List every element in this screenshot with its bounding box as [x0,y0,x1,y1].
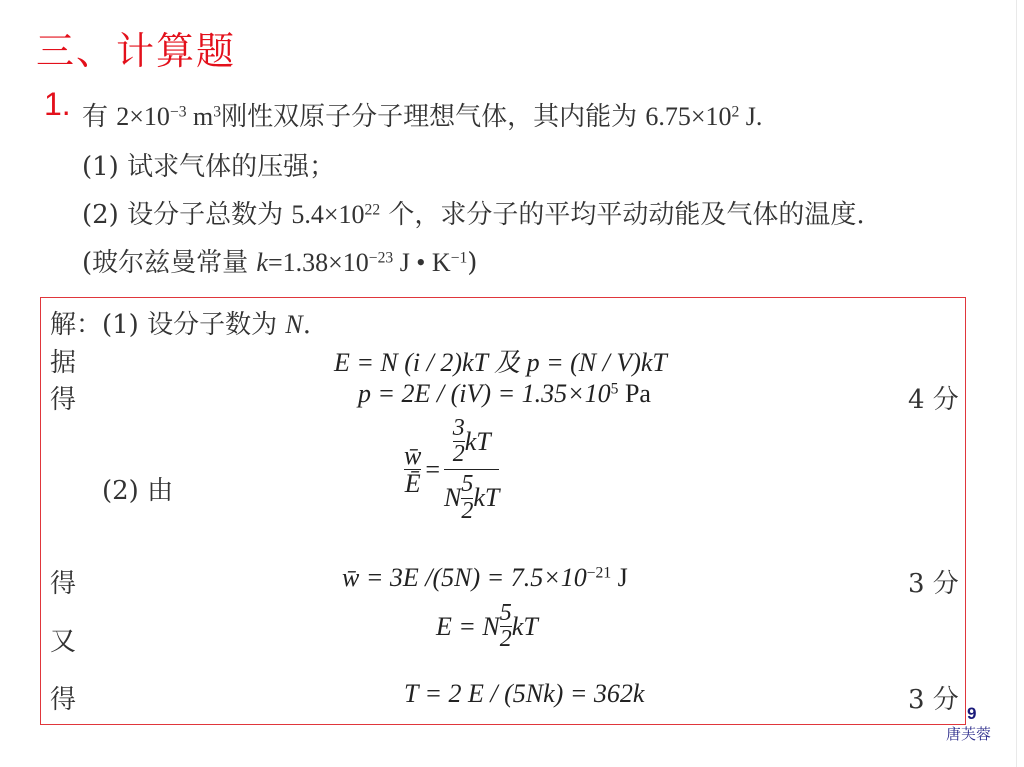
denominator: 2 [453,442,465,467]
score-label: 3 分 [908,679,959,716]
formula-energy-pressure: E = N (i / 2)kT 及 p = (N / V)kT [334,342,667,379]
slide-edge [1016,0,1017,767]
text: ) [467,248,477,278]
volume-exponent: −3 [170,103,187,120]
energy-value: 6.75×10 [645,102,731,131]
lhs-fraction: w̄ Ē [404,442,421,498]
unit-exponent: −1 [451,249,468,266]
volume-unit: m [187,102,214,131]
unit: J [611,563,628,592]
score-label: 4 分 [908,379,959,416]
variable-n: N [285,310,302,339]
denominator: 2 [500,627,512,652]
formula-text: w̄ = 3E /(5N) = 7.5×10 [342,563,587,592]
rhs-denominator: N52kT [444,472,499,523]
denominator: 2 [461,499,473,524]
term: kT [512,612,538,642]
solution-intro: 解：(1) 设分子数为 N. [50,304,311,341]
author-name: 唐芙蓉 [946,723,991,744]
exponent: −21 [587,564,611,581]
section-title: 三、计算题 [36,20,236,75]
row-label: 得 [50,679,76,716]
text: 刚性双原子分子理想气体，其内能为 [221,102,645,132]
row-label: 又 [50,621,76,658]
rhs-numerator: 32kT [453,416,491,467]
numerator: 3 [453,416,465,441]
row-label: 得 [50,379,76,416]
volume-value: 2×10 [116,102,170,131]
problem-line-2: (1) 试求气体的压强； [82,146,335,183]
numerator: w̄ [404,442,421,469]
row-label: 据 [50,342,76,379]
formula-ratio: w̄ Ē = 32kT N52kT [404,416,499,524]
denominator: Ē [405,470,421,497]
text: (2) 设分子总数为 [82,200,291,230]
row-label: (2) 由 [102,470,173,507]
formula-avg-kinetic-energy: w̄ = 3E /(5N) = 7.5×10−21 J [342,563,628,593]
text: . [303,310,311,340]
page-number: 9 [967,704,976,724]
unit: Pa [618,379,651,408]
term: N [444,484,461,511]
row-label: 得 [50,563,76,600]
volume-unit-exponent: 3 [213,103,221,120]
text: (玻尔兹曼常量 [82,248,256,278]
molecule-count-exponent: 22 [365,201,381,218]
formula-text: p = 2E / (iV) = 1.35×10 [358,379,611,408]
boltzmann-unit: J • K [393,248,451,277]
numerator: 5 [461,472,473,497]
molecule-count: 5.4×10 [291,200,364,229]
boltzmann-value: =1.38×10 [268,248,369,277]
rhs-fraction: 32kT N52kT [444,416,499,524]
formula-temperature: T = 2 E / (5Nk) = 362k [404,679,644,709]
score-label: 3 分 [908,563,959,600]
question-number: 1. [44,86,71,123]
formula-internal-energy: E = N 52 kT [436,601,538,652]
term: kT [473,484,499,511]
boltzmann-symbol: k [256,248,268,277]
numerator: 5 [500,601,512,626]
text: 个，求分子的平均平动动能及气体的温度. [380,200,865,230]
boltzmann-exponent: −23 [369,249,393,266]
term: kT [465,428,491,455]
energy-unit: J. [739,102,762,131]
equals-sign: = [425,455,440,485]
formula-pressure-result: p = 2E / (iV) = 1.35×105 Pa [358,379,651,409]
term: E = N [436,612,500,642]
text: 有 [82,102,116,132]
problem-line-3: (2) 设分子总数为 5.4×1022 个，求分子的平均平动动能及气体的温度. [82,194,865,231]
text: 解：(1) 设分子数为 [50,310,285,340]
problem-line-4: (玻尔兹曼常量 k=1.38×10−23 J • K−1) [82,242,477,279]
problem-line-1: 有 2×10−3 m3刚性双原子分子理想气体，其内能为 6.75×102 J. [82,96,762,133]
